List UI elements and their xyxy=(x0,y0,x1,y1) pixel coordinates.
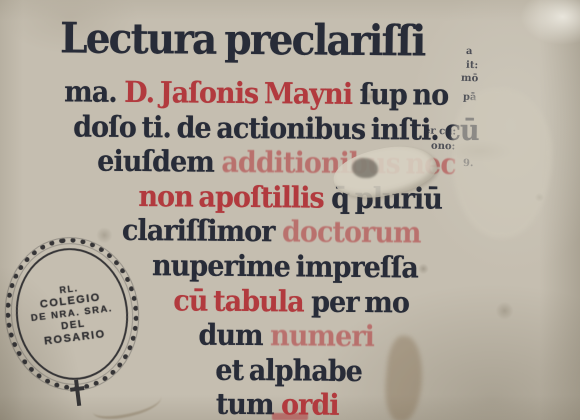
stamp-line: ROSARIO xyxy=(44,328,107,347)
title-line: doſo ti. de actionibus inſti. cū xyxy=(69,109,460,147)
title-line-segment: q̄ pluriū xyxy=(327,180,446,215)
show-through-fragment: er cū: xyxy=(424,125,457,137)
title-line-segment: dum xyxy=(195,318,267,353)
title-line-segment: additionibus nec xyxy=(217,145,459,181)
book-title-page-photo: Lectura preclariſſima.D. Jaſonis Mayniſu… xyxy=(0,0,580,420)
library-stamp: RL.COLEGIODE NRA. SRA.DELROSARIO xyxy=(0,231,147,398)
title-line-segment: eiuſdem xyxy=(93,144,217,179)
title-line-segment: et alphabe xyxy=(212,352,366,387)
title-line: dumnumeri xyxy=(91,317,482,355)
show-through-fragment: pā xyxy=(463,92,477,103)
title-line: ma.D. Jaſonis Mayniſup no xyxy=(60,74,451,112)
show-through-fragment: a xyxy=(466,46,473,57)
title-line: et alphabe xyxy=(93,351,484,389)
title-line-segment: per mo xyxy=(307,284,413,319)
title-line: tumordi xyxy=(82,386,473,420)
title-line: non apoſtillisq̄ pluriū xyxy=(95,178,486,216)
title-line-segment: doctorum xyxy=(278,215,424,250)
show-through-fragment: it: xyxy=(466,60,478,71)
title-line-segment: non apoſtillis xyxy=(135,179,328,215)
title-line-segment: tum xyxy=(212,387,278,420)
title-line-segment: ſup no xyxy=(356,77,452,112)
title-line: nuperime impreſſa xyxy=(90,248,481,286)
title-line: cū tabulaper mo xyxy=(96,282,487,320)
title-line-segment: nuperime impreſſa xyxy=(148,248,422,284)
title-line-segment: doſo ti. de actionibus inſti. cū xyxy=(69,109,482,147)
show-through-fragment: mō xyxy=(461,73,479,85)
title-line-segment: cū tabula xyxy=(170,283,308,318)
title-line: clariſſimordoctorum xyxy=(76,213,467,251)
title-line-segment: Lectura preclariſſi xyxy=(56,13,428,65)
title-line-segment: D. Jaſonis Mayni xyxy=(120,75,356,111)
title-line-segment: ordi xyxy=(277,388,342,420)
title-line: Lectura preclariſſi xyxy=(47,8,438,77)
title-line-segment: numeri xyxy=(266,318,378,353)
title-line-segment: clariſſimor xyxy=(118,213,278,248)
show-through-fragment: ono: xyxy=(431,141,456,153)
show-through-fragment: 9. xyxy=(463,158,474,169)
title-line: eiuſdemadditionibus nec xyxy=(81,144,472,182)
title-line-segment: ma. xyxy=(60,74,120,109)
